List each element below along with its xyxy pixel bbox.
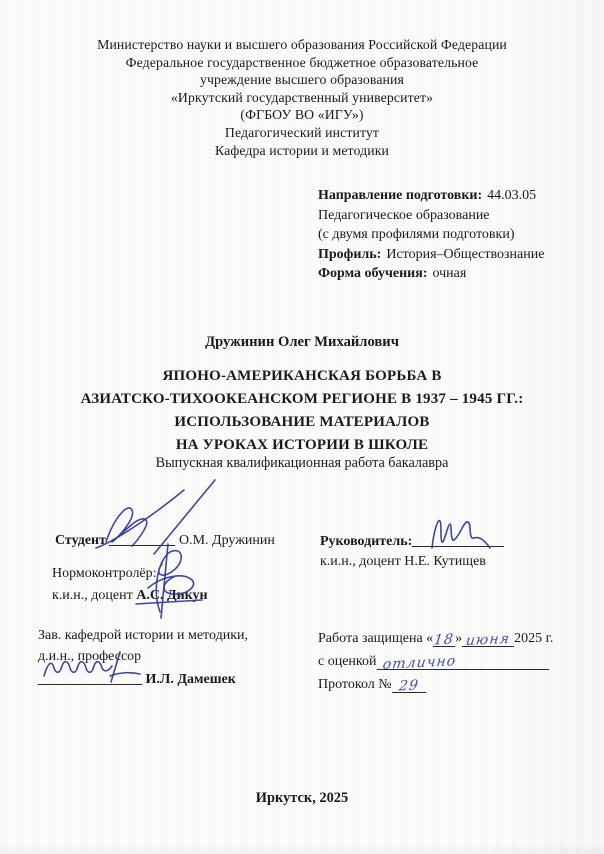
title-line: НА УРОКАХ ИСТОРИИ В ШКОЛЕ [0, 434, 604, 457]
head-line2: д.и.н., профессор [38, 649, 141, 665]
student-signature-row: Студент О.М. Дружинин [55, 531, 275, 549]
head-signature-blank [38, 670, 142, 685]
thesis-author: Дружинин Олег Михайлович [0, 334, 604, 351]
form-label: Форма обучения: [318, 266, 427, 281]
student-label: Студент [55, 533, 106, 548]
program-profile: Профиль:История–Обществознание [318, 245, 544, 265]
grade-blank: отлично [377, 655, 549, 670]
program-line: (с двумя профилями подготовки) [318, 225, 544, 245]
program-info: Направление подготовки:44.03.05 Педагоги… [318, 186, 544, 284]
supervisor-label: Руководитель: [320, 534, 412, 549]
handwritten-grade: отлично [381, 653, 457, 673]
handwritten-month: июня [465, 631, 511, 649]
thesis-title: ЯПОНО-АМЕРИКАНСКАЯ БОРЬБА В АЗИАТСКО-ТИХ… [0, 365, 604, 457]
header-line: Министерство науки и высшего образования… [0, 36, 604, 54]
header-line: (ФГБОУ ВО «ИГУ») [0, 106, 604, 124]
student-name: О.М. Дружинин [179, 533, 275, 548]
title-line: ЯПОНО-АМЕРИКАНСКАЯ БОРЬБА В [0, 365, 604, 388]
title-line: АЗИАТСКО-ТИХООКЕАНСКОМ РЕГИОНЕ В 1937 – … [0, 388, 604, 411]
defense-date-line: Работа защищена «18»июня2025 г. [318, 631, 553, 647]
institution-header: Министерство науки и высшего образования… [0, 36, 604, 159]
supervisor-signature-row: Руководитель: [320, 532, 504, 550]
header-line: Кафедра истории и методики [0, 142, 604, 160]
header-line: Федеральное государственное бюджетное об… [0, 54, 604, 72]
normcontrol-name: А.С. Дикун [136, 588, 207, 603]
program-line: Педагогическое образование [318, 206, 544, 226]
normcontrol-degree: к.и.н., доцент [52, 588, 133, 603]
defense-grade-line: с оценкойотлично [318, 654, 549, 670]
head-name-line: И.Л. Дамешек [38, 670, 236, 688]
direction-value: 44.03.05 [487, 188, 536, 203]
work-type: Выпускная квалификационная работа бакала… [0, 455, 604, 472]
direction-label: Направление подготовки: [318, 188, 482, 203]
thesis-title-page: Министерство науки и высшего образования… [0, 0, 604, 854]
normcontrol-name-line: к.и.н., доцент А.С. Дикун [52, 588, 208, 604]
grade-label: с оценкой [318, 654, 377, 669]
profile-label: Профиль: [318, 247, 381, 262]
protocol-blank: 29 [392, 678, 426, 693]
handwritten-protocol: 29 [398, 677, 420, 694]
defense-protocol-line: Протокол №29 [318, 677, 426, 693]
title-line: ИСПОЛЬЗОВАНИЕ МАТЕРИАЛОВ [0, 411, 604, 434]
header-line: Педагогический институт [0, 124, 604, 142]
protocol-label: Протокол № [318, 677, 392, 692]
defense-day-blank: 18 [433, 632, 455, 647]
defense-month-blank: июня [462, 632, 514, 647]
student-signature-blank [109, 531, 175, 546]
program-form: Форма обучения:очная [318, 264, 544, 284]
handwritten-day: 18 [433, 631, 455, 648]
form-value: очная [432, 266, 466, 281]
supervisor-degree-line: к.и.н., доцент Н.Е. Кутищев [320, 554, 486, 570]
defense-close-quote: » [455, 631, 462, 646]
header-line: учреждение высшего образования [0, 71, 604, 89]
normcontrol-label-line: Нормоконтролёр: [52, 566, 157, 582]
defense-prefix: Работа защищена « [318, 631, 433, 646]
defense-year: 2025 г. [514, 631, 553, 646]
supervisor-signature-blank [412, 532, 504, 547]
header-line: «Иркутский государственный университет» [0, 89, 604, 107]
head-line1: Зав. кафедрой истории и методики, [38, 628, 248, 644]
program-direction: Направление подготовки:44.03.05 [318, 186, 544, 206]
head-name: И.Л. Дамешек [146, 672, 236, 687]
profile-value: История–Обществознание [386, 247, 544, 262]
city-year: Иркутск, 2025 [0, 790, 604, 807]
